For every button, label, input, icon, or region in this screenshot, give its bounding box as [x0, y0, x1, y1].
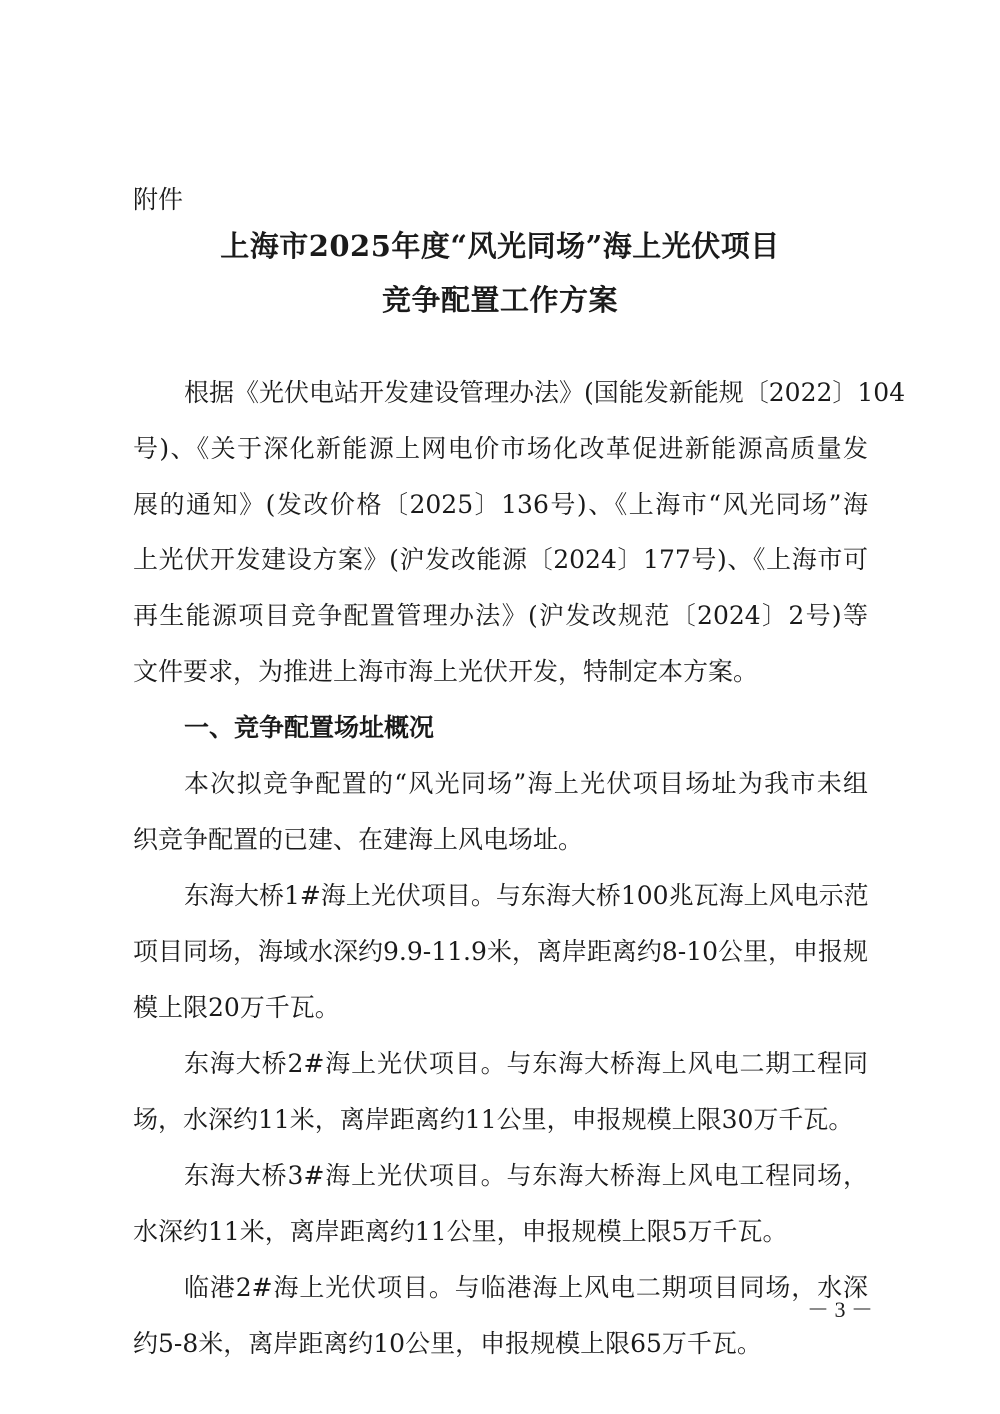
project-1-line: 东海大桥1#海上光伏项目。与东海大桥100兆瓦海上风电示范 — [184, 879, 868, 913]
project-2-line: 东海大桥2#海上光伏项目。与东海大桥海上风电二期工程同 — [184, 1047, 868, 1081]
intro-paragraph-line: 再生能源项目竞争配置管理办法》(沪发改规范〔2024〕2号)等 — [133, 599, 868, 633]
attachment-label: 附件 — [133, 184, 183, 216]
page-number: － 3 － — [800, 1296, 880, 1324]
overview-line: 本次拟竞争配置的“风光同场”海上光伏项目场址为我市未组 — [184, 767, 868, 801]
project-2-line: 场，水深约11米，离岸距离约11公里，申报规模上限30万千瓦。 — [133, 1103, 868, 1137]
intro-paragraph-line: 上光伏开发建设方案》(沪发改能源〔2024〕177号)、《上海市可 — [133, 543, 868, 577]
intro-paragraph-line: 根据《光伏电站开发建设管理办法》(国能发新能规〔2022〕104 — [184, 376, 868, 410]
intro-paragraph-line: 号)、《关于深化新能源上网电价市场化改革促进新能源高质量发 — [133, 432, 868, 466]
intro-paragraph-line: 文件要求，为推进上海市海上光伏开发，特制定本方案。 — [133, 655, 868, 689]
intro-paragraph-line: 展的通知》(发改价格〔2025〕136号)、《上海市“风光同场”海 — [133, 488, 868, 522]
document-page: 附件 上海市2025年度“风光同场”海上光伏项目 竞争配置工作方案 根据《光伏电… — [0, 0, 1000, 1414]
overview-line: 织竞争配置的已建、在建海上风电场址。 — [133, 823, 868, 857]
project-1-line: 模上限20万千瓦。 — [133, 991, 868, 1025]
project-1-line: 项目同场，海域水深约9.9-11.9米，离岸距离约8-10公里，申报规 — [133, 935, 868, 969]
project-4-line: 临港2#海上光伏项目。与临港海上风电二期项目同场，水深 — [184, 1271, 868, 1305]
document-title-line-2: 竞争配置工作方案 — [0, 280, 1000, 320]
document-title-line-1: 上海市2025年度“风光同场”海上光伏项目 — [0, 226, 1000, 266]
project-3-line: 东海大桥3#海上光伏项目。与东海大桥海上风电工程同场， — [184, 1159, 868, 1193]
project-3-line: 水深约11米，离岸距离约11公里，申报规模上限5万千瓦。 — [133, 1215, 868, 1249]
project-4-line: 约5-8米，离岸距离约10公里，申报规模上限65万千瓦。 — [133, 1327, 868, 1361]
section-heading: 一、竞争配置场址概况 — [184, 711, 434, 745]
